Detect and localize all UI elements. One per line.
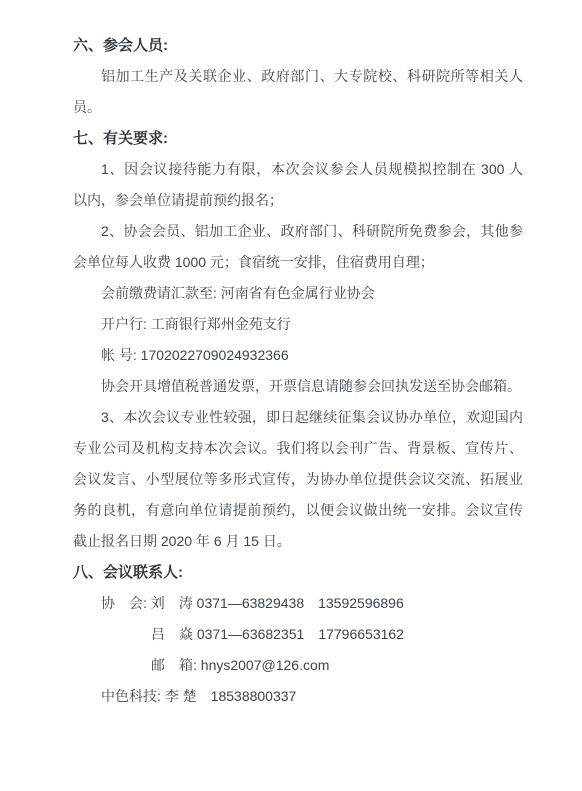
contact-association-email: 邮 箱: hnys2007@126.com	[73, 650, 523, 681]
requirement-1-line-2: 以内，参会单位请提前预约报名；	[73, 185, 523, 216]
account-number-line: 帐 号: 1702022709024932366	[73, 340, 523, 371]
requirement-1-line-1: 1、因会议接待能力有限，本次会议参会人员规模拟控制在 300 人	[73, 154, 523, 185]
contact-association-liu-tao: 协 会: 刘 涛 0371—63829438 13592596896	[73, 588, 523, 619]
attendees-paragraph-line-2: 员。	[73, 92, 523, 123]
requirement-3-line-1: 3、本次会议专业性较强，即日起继续征集会议协办单位，欢迎国内	[73, 402, 523, 433]
payment-remittance-line: 会前缴费请汇款至: 河南省有色金属行业协会	[73, 278, 523, 309]
heading-section-seven-requirements: 七、有关要求:	[73, 123, 523, 154]
requirement-3-line-5: 截止报名日期 2020 年 6 月 15 日。	[73, 526, 523, 557]
requirement-3-line-3: 会议发言、小型展位等多形式宣传，为协办单位提供会议交流、拓展业	[73, 464, 523, 495]
contact-association-lv-yan: 吕 焱 0371—63682351 17796653162	[73, 619, 523, 650]
heading-section-six-attendees: 六、参会人员:	[73, 30, 523, 61]
heading-section-eight-contacts: 八、会议联系人:	[73, 557, 523, 588]
attendees-paragraph-line-1: 铝加工生产及关联企业、政府部门、大专院校、科研院所等相关人	[73, 61, 523, 92]
invoice-note-line: 协会开具增值税普通发票，开票信息请随参会回执发送至协会邮箱。	[73, 371, 523, 402]
requirement-3-line-4: 务的良机，有意向单位请提前预约，以便会议做出统一安排。会议宣传	[73, 495, 523, 526]
contact-zhongse-li-chu: 中色科技: 李 楚 18538800337	[73, 681, 523, 712]
requirement-2-line-1: 2、协会会员、铝加工企业、政府部门、科研院所免费参会，其他参	[73, 216, 523, 247]
bank-branch-line: 开户行: 工商银行郑州金苑支行	[73, 309, 523, 340]
document-page: 六、参会人员: 铝加工生产及关联企业、政府部门、大专院校、科研院所等相关人 员。…	[0, 0, 582, 791]
requirement-3-line-2: 专业公司及机构支持本次会议。我们将以会刊广告、背景板、宣传片、	[73, 433, 523, 464]
requirement-2-line-2: 会单位每人收费 1000 元；食宿统一安排，住宿费用自理；	[73, 247, 523, 278]
